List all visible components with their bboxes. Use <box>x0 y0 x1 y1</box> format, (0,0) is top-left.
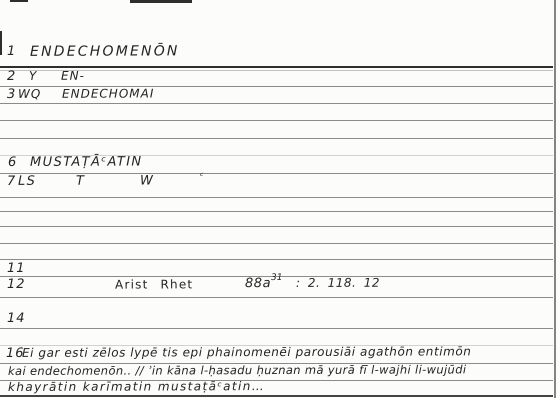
ruled-line <box>0 120 553 121</box>
siglum-t: T <box>76 174 85 189</box>
bekker-locus-superscript: 31 <box>271 273 282 283</box>
line-number: 12 <box>7 277 26 292</box>
bekker-locus: 88a <box>245 276 271 291</box>
siglum-ls: LS <box>18 174 36 189</box>
entry-row-3: 3 WQ ENDECHOMAI <box>0 85 560 107</box>
line-number: 6 <box>8 155 17 170</box>
line-number: 7 <box>7 174 16 189</box>
scan-fragment <box>130 0 192 3</box>
ruled-line <box>0 138 553 139</box>
line-number: 14 <box>7 311 26 326</box>
siglum-y: Y <box>29 69 37 83</box>
entry-en: EN- <box>61 69 85 83</box>
arabic-quotation-end: khayrātin karīmatin mustaṭāᶜatin… <box>8 379 265 394</box>
source-citation: Arist Rhet <box>115 277 193 291</box>
entry-row-7: 7 LS T W ᶜ <box>0 172 560 194</box>
edition-reference: : 2. 118. 12 <box>296 276 380 290</box>
entry-row-14: 14 <box>0 309 560 331</box>
greek-arabic-quotation: kai endechomenōn.. // ʾin kāna l-ḥasadu … <box>8 362 466 378</box>
line-number: 3 <box>7 87 16 102</box>
ruled-line <box>0 243 553 244</box>
entry-row-12: 12 Arist Rhet 88a 31 : 2. 118. 12 <box>0 275 560 297</box>
scan-fragment <box>10 0 28 2</box>
entry-row-1: 1 ENDECHOMENŌN <box>0 42 560 64</box>
headword-mustatacatin: MUSTAṬĀᶜATIN <box>30 155 143 170</box>
ruled-line <box>0 197 553 198</box>
line-number: 11 <box>7 261 26 276</box>
ruled-line <box>0 226 553 227</box>
ruled-line <box>0 297 553 298</box>
ruled-line <box>0 211 553 212</box>
headword-endechomai: ENDECHOMAI <box>62 86 154 100</box>
siglum-w: W <box>140 173 154 188</box>
greek-quotation: Ei gar esti zēlos lypē tis epi phainomen… <box>22 344 471 360</box>
line-number: 1 <box>7 44 16 59</box>
siglum-ayn: ᶜ <box>200 171 204 182</box>
headword-endechomenon: ENDECHOMENŌN <box>30 43 180 60</box>
index-card-scan: 1 ENDECHOMENŌN 2 Y EN- 3 WQ ENDECHOMAI 6… <box>0 0 560 398</box>
siglum-wq: WQ <box>18 87 41 101</box>
entry-row-18: khayrātin karīmatin mustaṭāᶜatin… <box>0 378 560 398</box>
line-number: 2 <box>7 69 16 84</box>
